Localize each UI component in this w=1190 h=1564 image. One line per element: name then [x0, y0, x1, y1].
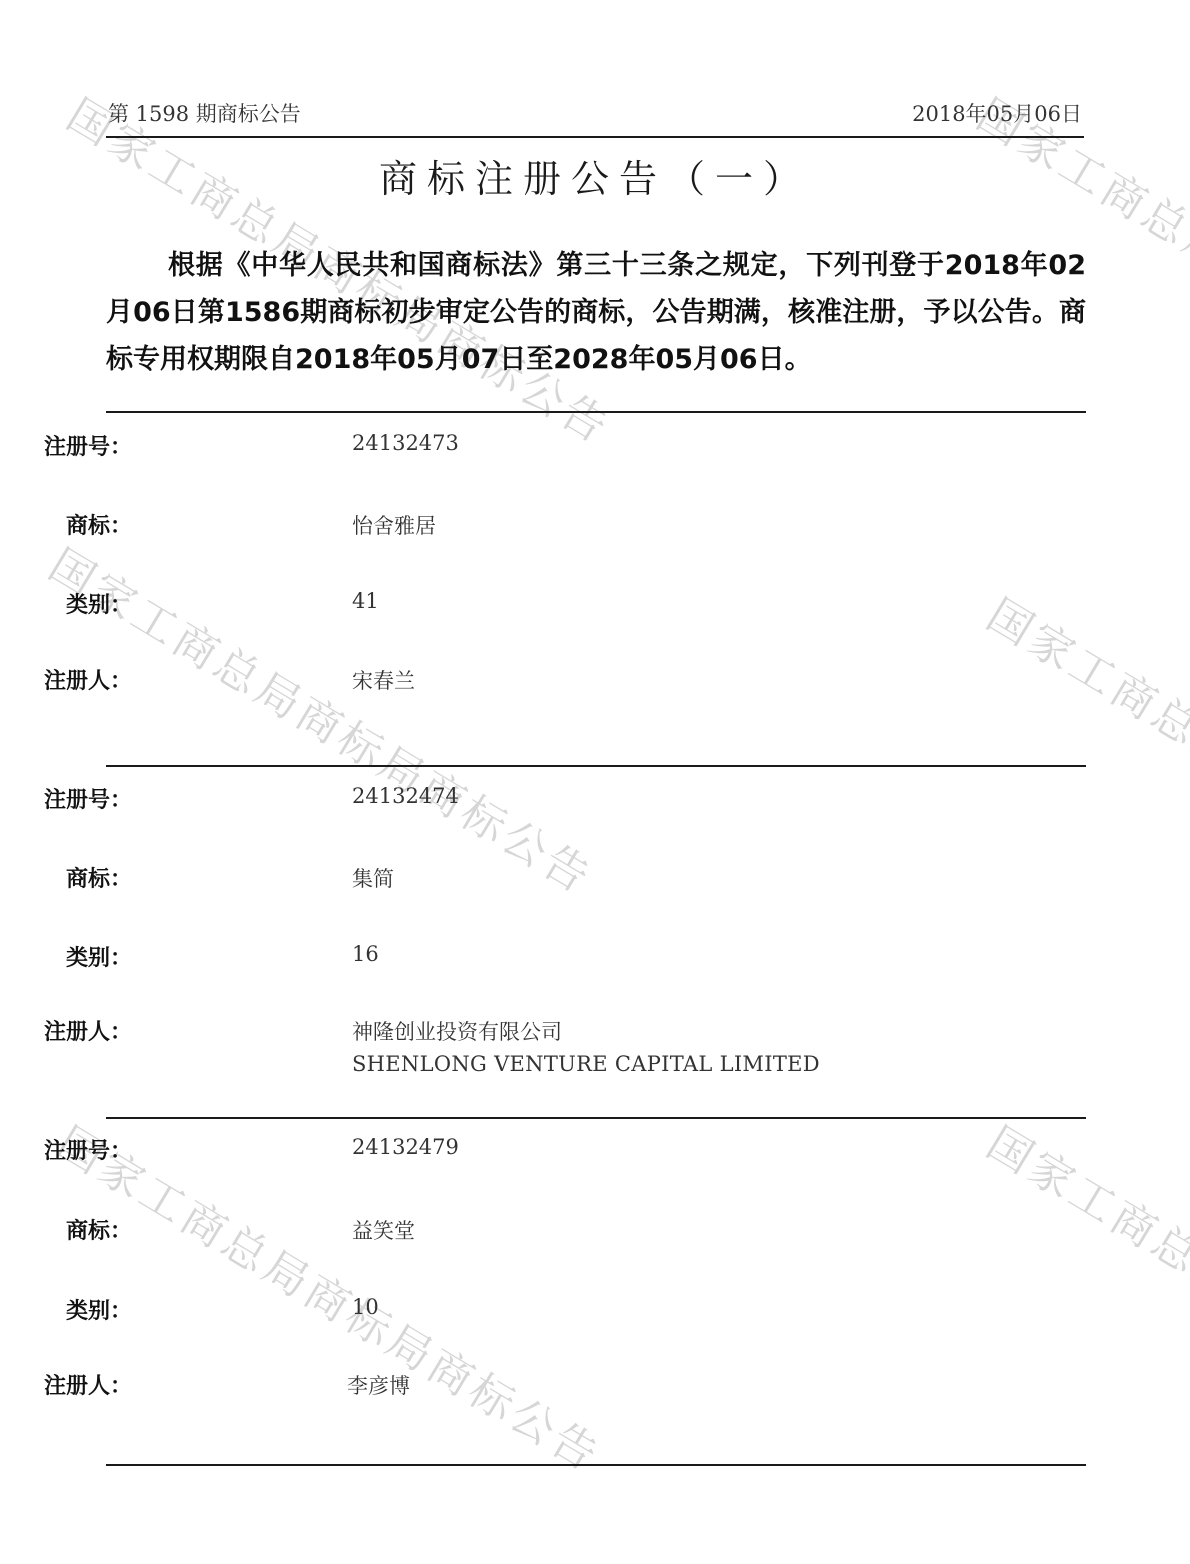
class-value: 41 — [352, 589, 379, 613]
class-label: 类别： — [66, 588, 132, 619]
divider — [106, 765, 1086, 767]
issue-date: 2018年05月06日 — [912, 98, 1082, 128]
registrant-field: 注册人： 神隆创业投资有限公司 SHENLONG VENTURE CAPITAL… — [0, 1015, 1000, 1095]
class-value: 16 — [352, 942, 379, 966]
mark-label: 商标： — [66, 1214, 132, 1245]
mark-value: 怡舍雅居 — [352, 510, 436, 540]
class-field: 类别： 10 — [0, 1294, 1000, 1334]
page-header: 第 1598 期商标公告 2018年05月06日 — [106, 96, 1084, 138]
registrant-label: 注册人： — [44, 1015, 132, 1046]
divider — [106, 411, 1086, 413]
reg-no-field: 注册号： 24132473 — [0, 430, 1000, 470]
mark-value: 益笑堂 — [352, 1215, 415, 1245]
reg-no-value: 24132473 — [352, 431, 459, 455]
class-label: 类别： — [66, 1294, 132, 1325]
registrant-label: 注册人： — [44, 1369, 132, 1400]
divider — [106, 1464, 1086, 1466]
class-label: 类别： — [66, 941, 132, 972]
registrant-field: 注册人： 宋春兰 — [0, 664, 1000, 704]
page-title: 商标注册公告（一） — [0, 148, 1190, 203]
watermark: 国家工商总局商标局商标公告 — [977, 1108, 1190, 1484]
reg-no-value: 24132479 — [352, 1135, 459, 1159]
class-value: 10 — [352, 1295, 379, 1319]
registrant-value-en: SHENLONG VENTURE CAPITAL LIMITED — [352, 1052, 820, 1076]
reg-no-label: 注册号： — [44, 1134, 132, 1165]
registrant-label: 注册人： — [44, 664, 132, 695]
reg-no-value: 24132474 — [352, 784, 459, 808]
mark-field: 商标： 益笑堂 — [0, 1214, 1000, 1254]
registrant-value: 宋春兰 — [352, 665, 415, 695]
reg-no-field: 注册号： 24132474 — [0, 783, 1000, 823]
registrant-field: 注册人： 李彦博 — [0, 1369, 1000, 1409]
class-field: 类别： 16 — [0, 941, 1000, 981]
watermark: 国家工商总局商标局商标公告 — [39, 530, 607, 906]
divider — [106, 1117, 1086, 1119]
watermark: 国家工商总局商标局商标公告 — [977, 580, 1190, 956]
mark-field: 商标： 怡舍雅居 — [0, 509, 1000, 549]
mark-value: 集简 — [352, 863, 394, 893]
issue-number: 第 1598 期商标公告 — [108, 98, 301, 128]
registrant-value: 神隆创业投资有限公司 — [352, 1016, 562, 1046]
intro-paragraph: 根据《中华人民共和国商标法》第三十三条之规定，下列刊登于2018年02月06日第… — [106, 242, 1086, 383]
reg-no-label: 注册号： — [44, 783, 132, 814]
reg-no-field: 注册号： 24132479 — [0, 1134, 1000, 1174]
mark-label: 商标： — [66, 862, 132, 893]
mark-field: 商标： 集简 — [0, 862, 1000, 902]
registrant-value: 李彦博 — [347, 1370, 410, 1400]
reg-no-label: 注册号： — [44, 430, 132, 461]
mark-label: 商标： — [66, 509, 132, 540]
class-field: 类别： 41 — [0, 588, 1000, 628]
